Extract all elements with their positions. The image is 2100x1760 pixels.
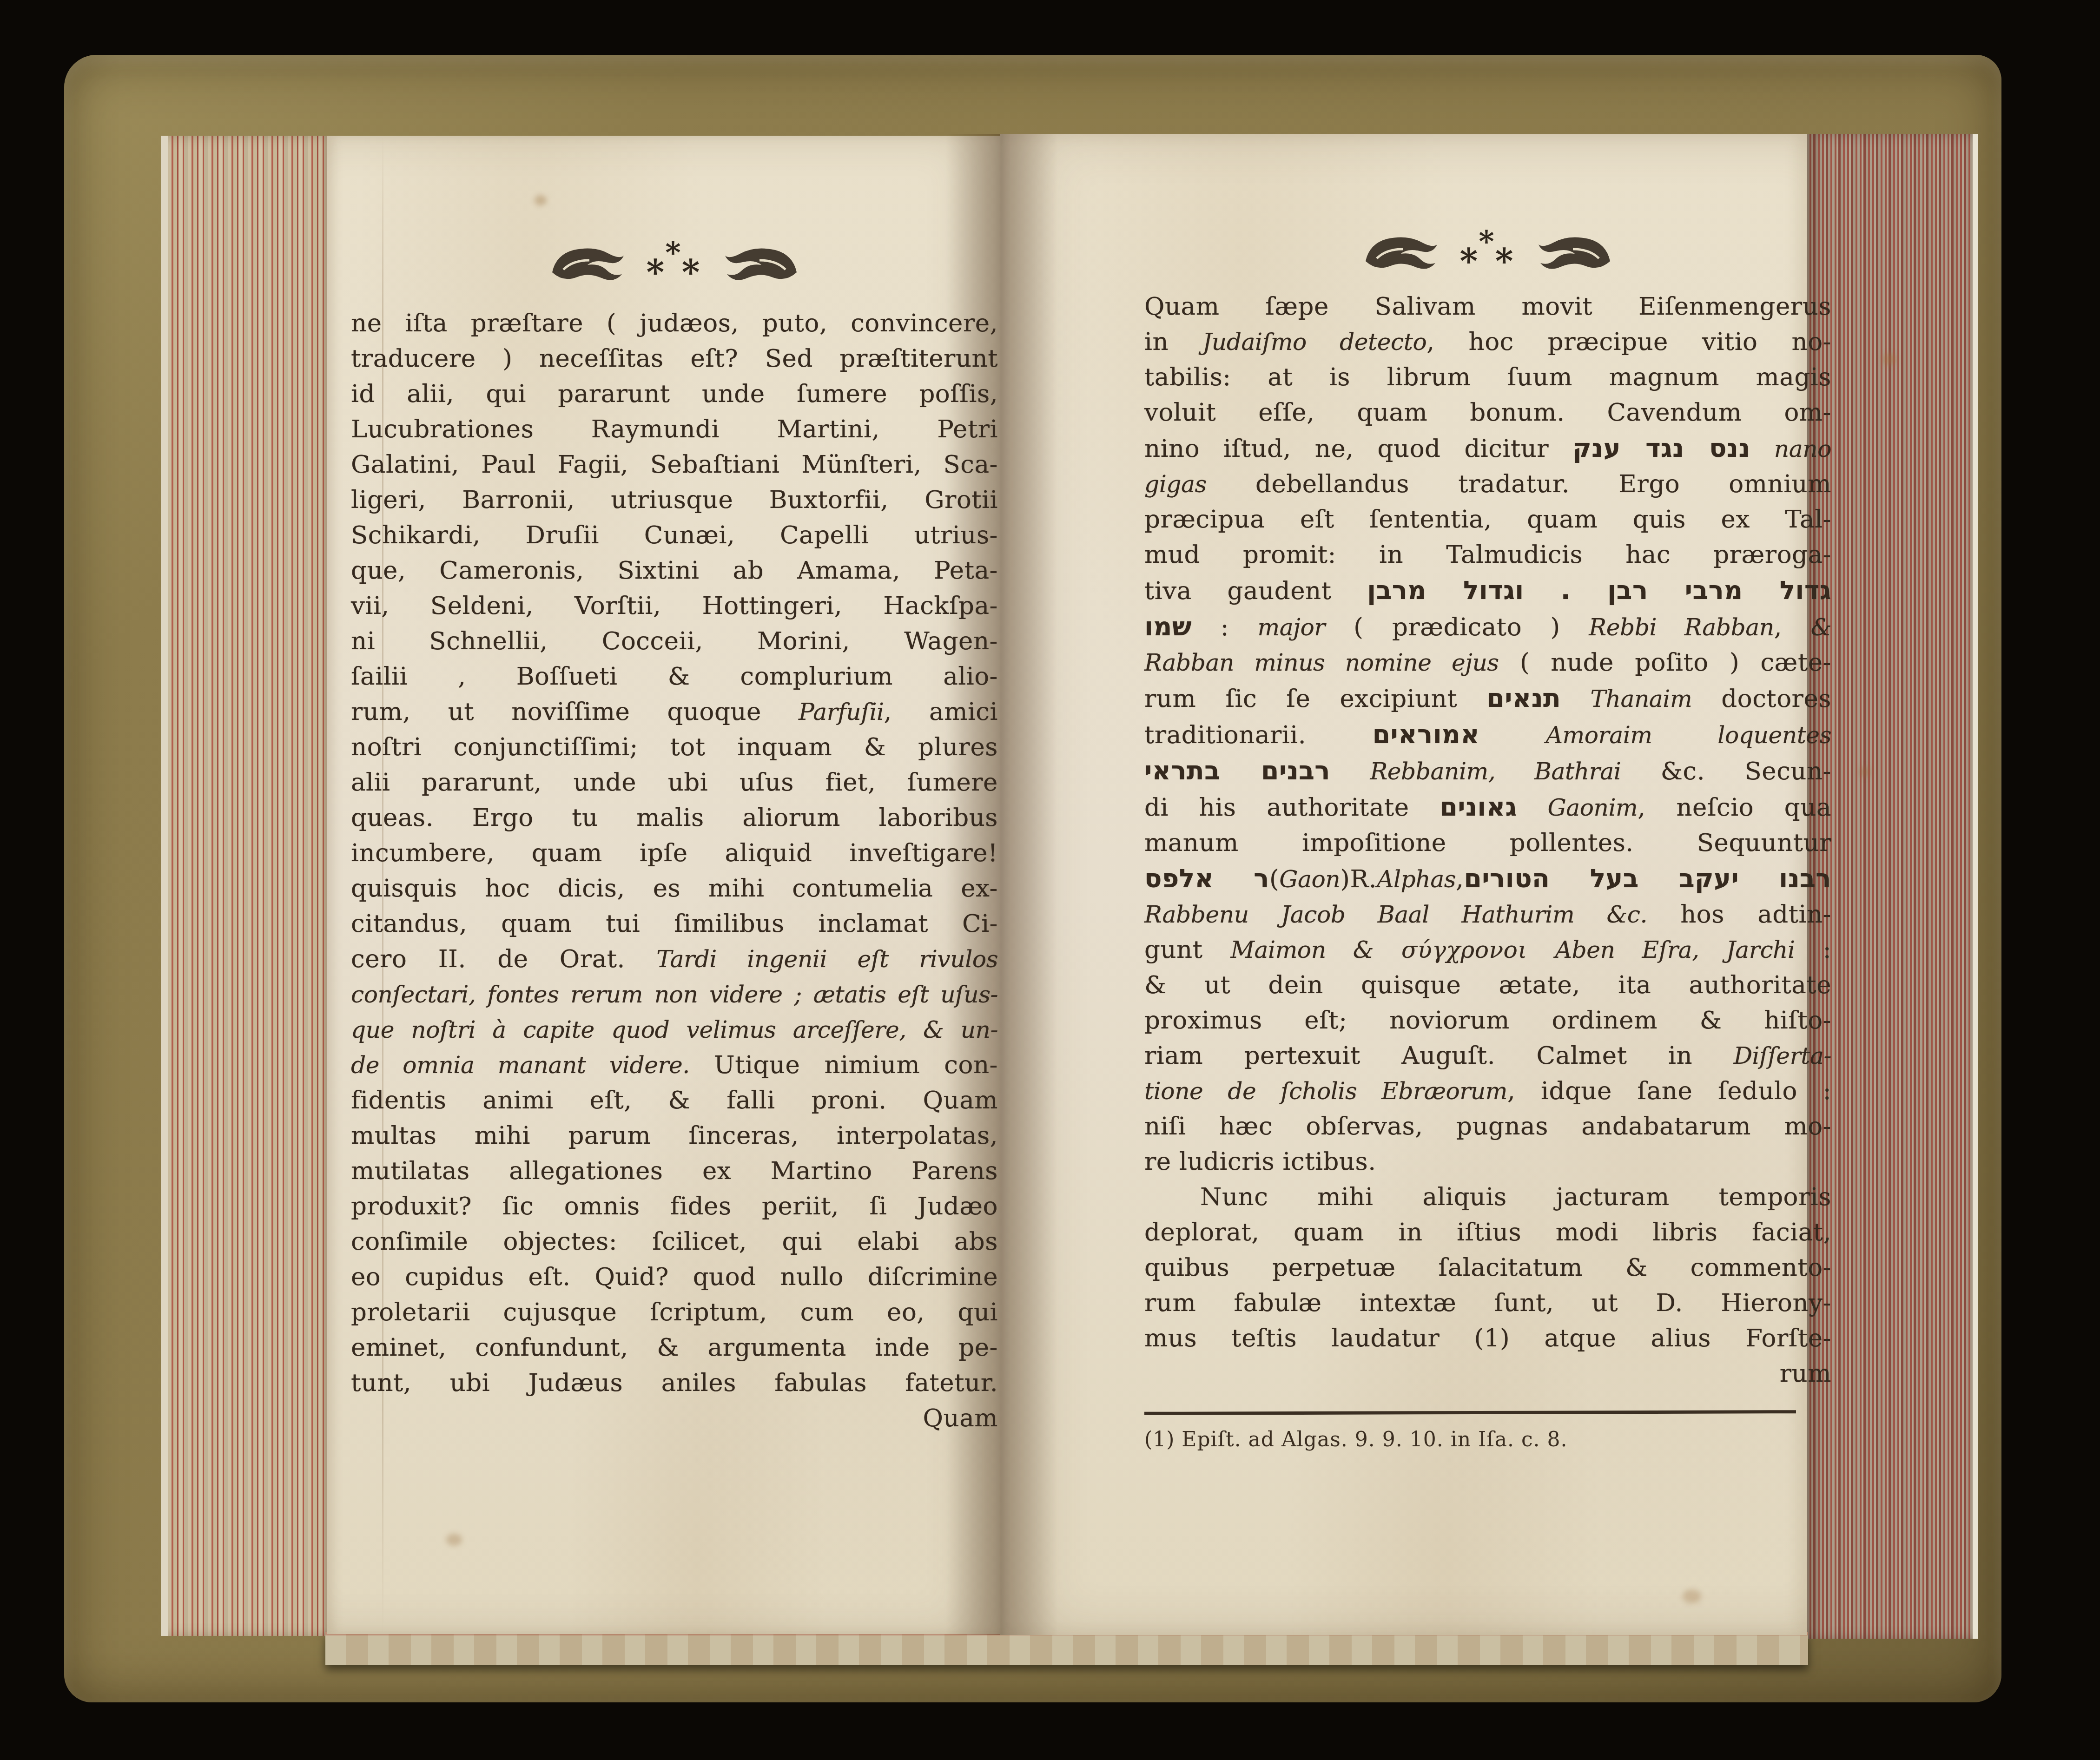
asterism-icon: * * * [643,244,705,284]
text-line: nino iſtud, ne, quod dicitur ננס נגד ענק… [1144,430,1831,467]
latin-text: hos adtin- [1647,900,1831,929]
text-line: Lucubrationes Raymundi Martini, Petri [351,412,998,447]
latin-text: Thanaim [1590,685,1692,712]
latin-text: tione de ſcholis Ebræorum [1144,1077,1507,1105]
latin-text: Quam ſæpe Salivam movit Eiſenmengerus [1144,292,1831,321]
latin-text: gunt [1144,936,1230,964]
text-line: deplorat, quam in iſtius modi libris fac… [1144,1215,1831,1250]
latin-text: manum impoſitione pollentes. Sequuntur [1144,829,1831,857]
text-line: vii, Seldeni, Vorſtii, Hottingeri, Hackſ… [351,588,998,624]
latin-text: produxit? ſic omnis fides periit, ſi Jud… [351,1192,998,1220]
text-line: produxit? ſic omnis fides periit, ſi Jud… [351,1189,998,1224]
latin-text: Nunc mihi aliquis jacturam temporis [1200,1183,1831,1211]
latin-text: vii, Seldeni, Vorſtii, Hottingeri, Hackſ… [351,592,998,620]
latin-text: mud promit: in Talmudicis hac præroga- [1144,541,1831,569]
text-line: Nunc mihi aliquis jacturam temporis [1144,1180,1831,1215]
text-line: niſi hæc obſervas, pugnas andabatarum mo… [1144,1109,1831,1144]
text-line: ne iſta præſtare ( judæos, puto, convinc… [351,306,998,341]
latin-text: debellandus tradatur. Ergo omnium [1207,470,1831,498]
latin-text: Judaiſmo detecto [1202,328,1426,356]
text-line: traducere ) neceſſitas eſt? Sed præſtite… [351,341,998,376]
latin-text: voluit eſſe, quam bonum. Cavendum om- [1144,398,1831,427]
latin-text: , [1774,613,1811,641]
latin-text [1517,793,1548,822]
text-line: præcipua eſt ſententia, quam quis ex Tal… [1144,502,1831,537]
hebrew-text: אמוראים [1373,719,1479,749]
fox-spot [1683,1589,1701,1603]
latin-text: eo cupidus eſt. Quid? quod nullo diſcrim… [351,1263,998,1291]
fox-spot [535,195,547,205]
latin-text: conſimile objectes: ſcilicet, qui elabi … [351,1227,998,1256]
text-line: ligeri, Barronii, utriusque Buxtorfii, G… [351,482,998,518]
latin-text: citandus, quam tui ſimilibus inclamat Ci… [351,910,998,938]
latin-text: quibus perpetuæ ſalacitatum & commento- [1144,1253,1831,1282]
text-line: citandus, quam tui ſimilibus inclamat Ci… [351,906,998,942]
right-page-text: Quam ſæpe Salivam movit Eiſenmengerusin … [1144,289,1831,1391]
latin-text: Utique nimium con- [690,1051,998,1079]
latin-text: ne iſta præſtare ( judæos, puto, convinc… [351,309,998,337]
text-line: Galatini, Paul Fagii, Sebaſtiani Münſter… [351,447,998,482]
latin-text: rum fabulæ intextæ ſunt, ut D. Hierony- [1144,1289,1831,1317]
fore-edge-left [161,136,335,1636]
latin-text: mus teſtis laudatur (1) atque alius Forſ… [1144,1324,1831,1352]
latin-text: riam pertexuit Auguſt. Calmet in [1144,1041,1734,1070]
text-line: alii pararunt, unde ubi uſus fiet, ſumer… [351,765,998,800]
latin-text: Amoraim loquentes [1546,721,1831,749]
hebrew-text: תנאים [1486,683,1561,713]
fleuron-right-icon [721,242,799,286]
latin-text: re ludicris ictibus. [1144,1147,1376,1176]
text-line: proletarii cujusque ſcriptum, cum eo, qu… [351,1295,998,1330]
latin-text: Aben Eſra, Jarchi [1555,936,1795,963]
text-line: re ludicris ictibus. [1144,1144,1831,1180]
latin-text: ſailii , Boſſueti & complurium alio- [351,662,998,691]
text-line: Rabbenu Jacob Baal Hathurim &c. hos adti… [1144,897,1831,932]
text-line: eminet, confundunt, & argumenta inde pe- [351,1330,998,1365]
hebrew-text: גדול מרבי רבן . וגדול מרבן [1367,575,1831,605]
latin-text: in [1144,328,1202,356]
latin-text: ( prædicato ) [1325,613,1589,641]
text-line: Rabban minus nomine ejus ( nude poſito )… [1144,645,1831,680]
latin-text: proximus eſt; noviorum ordinem & hiſto- [1144,1006,1831,1035]
latin-text: tiva gaudent [1144,577,1367,605]
catchword: Quam [351,1401,998,1436]
text-line: multas mihi parum ſinceras, interpolatas… [351,1118,998,1154]
latin-text: Alphas [1377,865,1456,893]
latin-text: eminet, confundunt, & argumenta inde pe- [351,1333,998,1362]
text-line: tione de ſcholis Ebræorum, idque ſane ſe… [1144,1074,1831,1109]
latin-text: Gaonim [1547,794,1638,821]
text-line: que noſtri à capite quod velimus arceſſe… [351,1012,998,1048]
latin-text: queas. Ergo tu malis aliorum laboribus [351,804,998,832]
latin-text [1750,435,1774,463]
latin-text: tabilis: at is librum ſuum magnum magis [1144,363,1831,391]
latin-text: Rabbenu Jacob Baal Hathurim &c. [1144,901,1647,928]
page-block-bottom-edge [325,1632,1808,1665]
hebrew-text: רבנו יעקב בעל הטורים [1464,864,1831,893]
text-line: que, Cameronis, Sixtini ab Amama, Peta- [351,553,998,588]
latin-text: que, Cameronis, Sixtini ab Amama, Peta- [351,556,998,585]
text-line: Quam ſæpe Salivam movit Eiſenmengerus [1144,289,1831,324]
latin-text: , [1456,865,1464,893]
asterism-bottom: * * [1459,251,1516,273]
asterism-bottom: * * [646,263,702,284]
latin-text: alii pararunt, unde ubi uſus fiet, ſumer… [351,768,998,797]
text-line: tabilis: at is librum ſuum magnum magis [1144,360,1831,395]
latin-text: ( nude poſito ) cæte- [1499,648,1831,677]
latin-text: Rebbanim, Bathrai [1370,758,1621,785]
latin-text: gigas [1144,470,1207,498]
latin-text [1527,936,1555,964]
text-line: riam pertexuit Auguſt. Calmet in Diſſert… [1144,1038,1831,1074]
greek-text: σύγχρονοι [1401,936,1527,963]
text-line: Schikardi, Druſii Cunæi, Capelli utrius- [351,518,998,553]
left-page-lines: ne iſta præſtare ( judæos, puto, convinc… [351,306,998,1401]
latin-text: , amici [884,698,998,726]
latin-text: , hoc præcipue vitio no- [1426,328,1831,356]
latin-text: ni Schnellii, Cocceii, Morini, Wagen- [351,627,998,655]
hebrew-text: רבנים בתראי [1144,756,1330,785]
latin-text: &c. Secun- [1621,757,1831,785]
text-line: quibus perpetuæ ſalacitatum & commento- [1144,1250,1831,1285]
latin-text: ligeri, Barronii, utriusque Buxtorfii, G… [351,486,998,514]
text-line: voluit eſſe, quam bonum. Cavendum om- [1144,395,1831,430]
latin-text: traducere ) neceſſitas eſt? Sed præſtite… [351,344,998,373]
text-line: noſtri conjunctiſſimi; tot inquam & plur… [351,730,998,765]
fox-spot [446,1534,462,1546]
latin-text: traditionarii. [1144,721,1373,749]
text-line: ר אלפס(Gaon)R.Alphas,רבנו יעקב בעל הטורי… [1144,861,1831,897]
text-line: gigas debellandus tradatur. Ergo omnium [1144,467,1831,502]
latin-text: deplorat, quam in iſtius modi libris fac… [1144,1218,1831,1246]
text-line: fidentis animi eſt, & falli proni. Quam [351,1083,998,1118]
latin-text: præcipua eſt ſententia, quam quis ex Tal… [1144,505,1831,534]
latin-text: mutilatas allegationes ex Martino Parens [351,1157,998,1185]
latin-text: doctores [1692,685,1831,713]
latin-text: rum ſic ſe excipiunt [1144,685,1486,713]
left-page-text: ne iſta præſtare ( judæos, puto, convinc… [351,306,998,1436]
latin-text: : [1795,936,1831,964]
latin-text: di his authoritate [1144,793,1440,822]
text-line: gunt Maimon & σύγχρονοι Aben Eſra, Jarch… [1144,932,1831,968]
latin-text: & [1811,613,1831,641]
latin-text: & ut dein quisque ætate, ita authoritate [1144,971,1831,999]
text-line: & ut dein quisque ætate, ita authoritate [1144,968,1831,1003]
latin-text: Rebbi Rabban [1589,613,1774,641]
text-line: tiva gaudent גדול מרבי רבן . וגדול מרבן [1144,573,1831,609]
hebrew-text: שמו [1144,612,1192,641]
latin-text: Galatini, Paul Fagii, Sebaſtiani Münſter… [351,450,998,479]
fox-spot [1882,353,1896,365]
latin-text: fidentis animi eſt, & falli proni. Quam [351,1086,998,1114]
latin-text: Lucubrationes Raymundi Martini, Petri [351,415,998,443]
latin-text: cero II. de Orat. [351,945,656,973]
text-line: mud promit: in Talmudicis hac præroga- [1144,537,1831,573]
latin-text: niſi hæc obſervas, pugnas andabatarum mo… [1144,1112,1831,1140]
text-line: proximus eſt; noviorum ordinem & hiſto- [1144,1003,1831,1038]
book-photograph: { "scene": { "description": "Open antiqu… [0,0,2100,1760]
latin-text: ( [1269,865,1279,893]
latin-text: , neſcio qua [1638,793,1831,822]
latin-text: que noſtri à capite quod velimus arceſſe… [351,1016,998,1043]
footnote: (1) Epiſt. ad Algas. 9. 9. 10. in Iſa. c… [1144,1427,1814,1453]
latin-text: de omnia manant videre. [351,1051,690,1079]
latin-text [1374,936,1401,964]
text-line: de omnia manant videre. Utique nimium co… [351,1048,998,1083]
text-line: incumbere, quam ipſe aliquid inveſtigare… [351,836,998,871]
header-ornament-left-page: * * * [351,242,998,286]
latin-text: rum, ut noviſſime quoque [351,698,799,726]
latin-text: multas mihi parum ſinceras, interpolatas… [351,1121,998,1150]
text-line: tunt, ubi Judæus aniles fabulas fatetur. [351,1365,998,1401]
text-line: eo cupidus eſt. Quid? quod nullo diſcrim… [351,1259,998,1295]
fleuron-right-icon [1535,231,1613,275]
text-line: rum ſic ſe excipiunt תנאים Thanaim docto… [1144,680,1831,717]
text-line: in Judaiſmo detecto, hoc præcipue vitio … [1144,324,1831,360]
text-line: mutilatas allegationes ex Martino Parens [351,1154,998,1189]
latin-text [1330,757,1370,785]
latin-text: )R. [1340,865,1377,893]
hebrew-text: ננס נגד ענק [1572,433,1750,463]
latin-text: Maimon & [1230,936,1374,963]
text-line: ſailii , Boſſueti & complurium alio- [351,659,998,694]
latin-text [1479,721,1546,749]
hebrew-text: ר אלפס [1144,864,1269,893]
latin-text: id alii, qui pararunt unde ſumere poſſis… [351,380,998,408]
latin-text: conſectari, fontes rerum non videre ; æt… [351,981,998,1008]
text-line: conſectari, fontes rerum non videre ; æt… [351,977,998,1012]
text-line: rum fabulæ intextæ ſunt, ut D. Hierony- [1144,1285,1831,1321]
latin-text: incumbere, quam ipſe aliquid inveſtigare… [351,839,998,867]
latin-text: Diſſerta- [1734,1042,1831,1069]
latin-text: nino iſtud, ne, quod dicitur [1144,435,1572,463]
text-line: di his authoritate גאונים Gaonim, neſcio… [1144,789,1831,825]
text-line: ni Schnellii, Cocceii, Morini, Wagen- [351,624,998,659]
asterism-icon: * * * [1457,233,1519,273]
text-line: queas. Ergo tu malis aliorum laboribus [351,800,998,836]
latin-text: proletarii cujusque ſcriptum, cum eo, qu… [351,1298,998,1326]
text-line: rum, ut noviſſime quoque Parfuſii, amici [351,694,998,730]
right-page-lines: Quam ſæpe Salivam movit Eiſenmengerusin … [1144,289,1831,1356]
text-line: mus teſtis laudatur (1) atque alius Forſ… [1144,1321,1831,1356]
text-line: conſimile objectes: ſcilicet, qui elabi … [351,1224,998,1259]
latin-text: Parfuſii [799,698,884,725]
latin-text: : [1192,613,1257,641]
text-line: traditionarii. אמוראים Amoraim loquentes [1144,717,1831,753]
fox-spot [1859,767,1870,777]
latin-text: quisquis hoc dicis, es mihi contumelia e… [351,874,998,903]
latin-text: major [1258,613,1325,641]
latin-text: noſtri conjunctiſſimi; tot inquam & plur… [351,733,998,761]
text-line: id alii, qui pararunt unde ſumere poſſis… [351,376,998,412]
text-line: שמו : major ( prædicato ) Rebbi Rabban, … [1144,609,1831,645]
fleuron-left-icon [549,242,627,286]
fleuron-left-icon [1363,231,1441,275]
latin-text: Schikardi, Druſii Cunæi, Capelli utrius- [351,521,998,549]
hebrew-text: גאונים [1440,792,1517,822]
latin-text: Tardi ingenii eſt rivulos [656,945,998,973]
latin-text [1561,685,1590,713]
latin-text: Gaon [1279,865,1340,893]
text-line: quisquis hoc dicis, es mihi contumelia e… [351,871,998,906]
text-line: רבנים בתראי Rebbanim, Bathrai &c. Secun- [1144,753,1831,789]
latin-text: Rabban minus nomine ejus [1144,649,1499,676]
latin-text: nano [1774,435,1831,462]
text-line: cero II. de Orat. Tardi ingenii eſt rivu… [351,942,998,977]
catchword: rum [1144,1356,1831,1391]
header-ornament-right-page: * * * [1144,231,1831,275]
text-line: manum impoſitione pollentes. Sequuntur [1144,825,1831,861]
latin-text: , idque ſane ſedulo : [1507,1077,1831,1105]
latin-text: tunt, ubi Judæus aniles fabulas fatetur. [351,1369,998,1397]
